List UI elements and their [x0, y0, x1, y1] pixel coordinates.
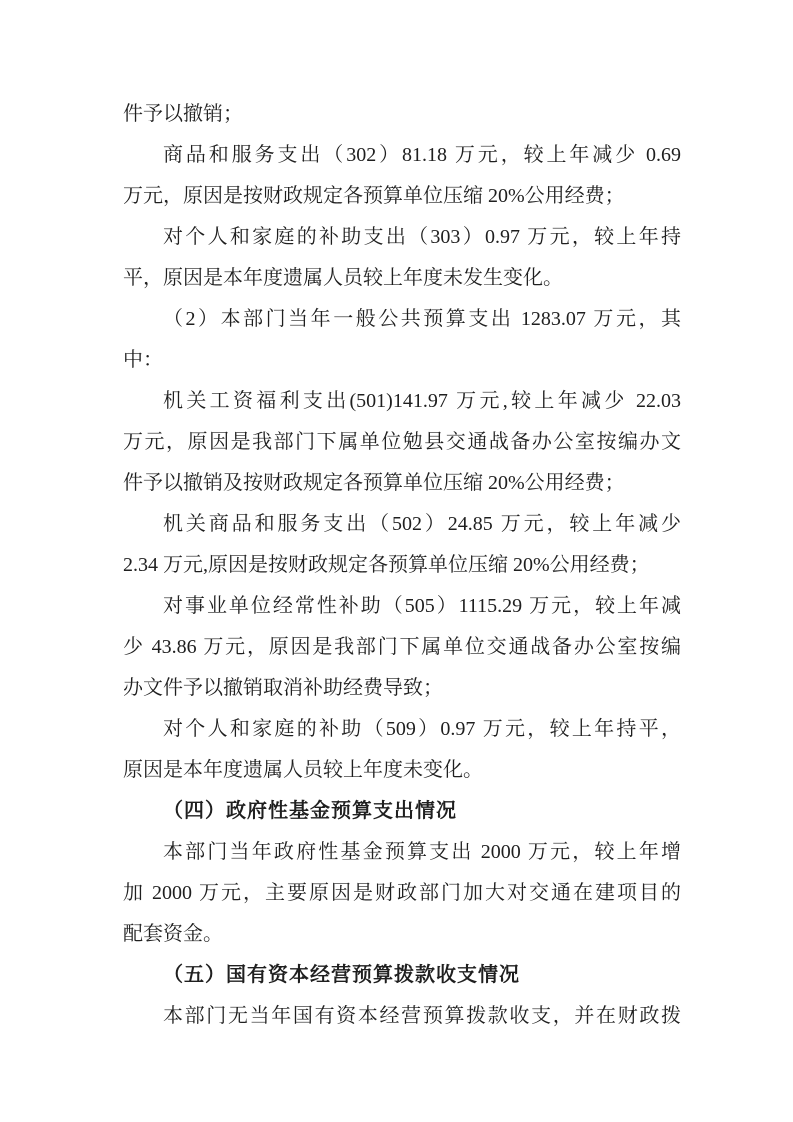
text-line: 本部门当年政府性基金预算支出 2000 万元，较上年增 — [123, 832, 681, 873]
section-4-heading: （四）政府性基金预算支出情况 — [123, 791, 681, 832]
text-line: 对事业单位经常性补助（505）1115.29 万元，较上年减 — [123, 586, 681, 627]
text-line: 平，原因是本年度遗属人员较上年度未发生变化。 — [123, 258, 681, 299]
section-5-heading: （五）国有资本经营预算拨款收支情况 — [123, 955, 681, 996]
text-line: 本部门无当年国有资本经营预算拨款收支，并在财政拨 — [123, 996, 681, 1037]
text-line: 少 43.86 万元，原因是我部门下属单位交通战备办公室按编 — [123, 627, 681, 668]
text-line: 办文件予以撤销取消补助经费导致； — [123, 668, 681, 709]
document-body: 件予以撤销； 商品和服务支出（302）81.18 万元，较上年减少 0.69 万… — [0, 0, 793, 1037]
text-line: 中： — [123, 340, 681, 381]
text-line: 商品和服务支出（302）81.18 万元，较上年减少 0.69 — [123, 135, 681, 176]
text-line: 件予以撤销； — [123, 94, 681, 135]
document-page: 件予以撤销； 商品和服务支出（302）81.18 万元，较上年减少 0.69 万… — [0, 0, 793, 1122]
text-line: 万元，原因是按财政规定各预算单位压缩 20%公用经费； — [123, 176, 681, 217]
text-line: （2）本部门当年一般公共预算支出 1283.07 万元，其 — [123, 299, 681, 340]
text-line: 配套资金。 — [123, 914, 681, 955]
text-line: 2.34 万元,原因是按财政规定各预算单位压缩 20%公用经费； — [123, 545, 681, 586]
text-line: 万元，原因是我部门下属单位勉县交通战备办公室按编办文 — [123, 422, 681, 463]
text-line: 机关商品和服务支出（502）24.85 万元，较上年减少 — [123, 504, 681, 545]
text-line: 加 2000 万元，主要原因是财政部门加大对交通在建项目的 — [123, 873, 681, 914]
text-line: 对个人和家庭的补助（509）0.97 万元，较上年持平， — [123, 709, 681, 750]
text-line: 原因是本年度遗属人员较上年度未变化。 — [123, 750, 681, 791]
text-line: 机关工资福利支出(501)141.97 万元,较上年减少 22.03 — [123, 381, 681, 422]
text-line: 件予以撤销及按财政规定各预算单位压缩 20%公用经费； — [123, 463, 681, 504]
text-line: 对个人和家庭的补助支出（303）0.97 万元，较上年持 — [123, 217, 681, 258]
